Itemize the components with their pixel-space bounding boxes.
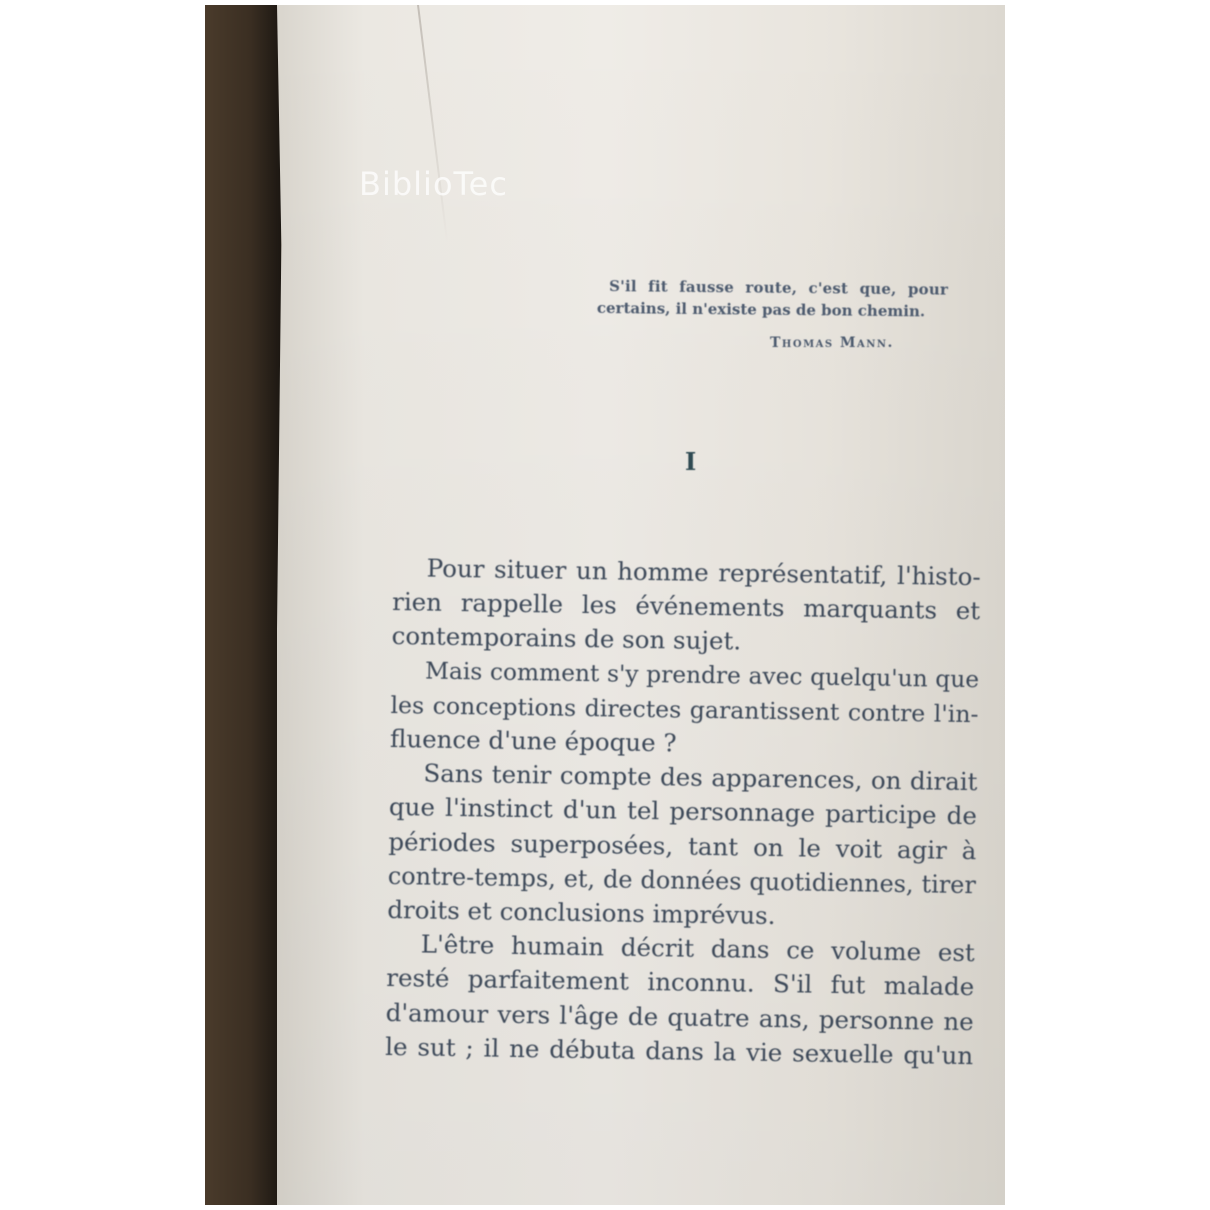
epigraph-line: certains, il n'existe pas de bon chemin. (597, 297, 989, 323)
chapter-numeral: I (685, 447, 696, 476)
epigraph-author: Thomas Mann. (770, 335, 894, 351)
page-fold-crease (417, 5, 448, 243)
book-photo: BiblioTec S'il fit fausse route, c'est q… (205, 5, 1005, 1205)
watermark-logo: BiblioTec (359, 165, 508, 203)
body-text: Pour situer un homme représentatif, l'hi… (385, 551, 981, 1073)
epigraph: S'il fit fausse route, c'est que, pour c… (597, 275, 989, 323)
book-page: BiblioTec S'il fit fausse route, c'est q… (277, 5, 1005, 1205)
book-spine (205, 5, 281, 1205)
